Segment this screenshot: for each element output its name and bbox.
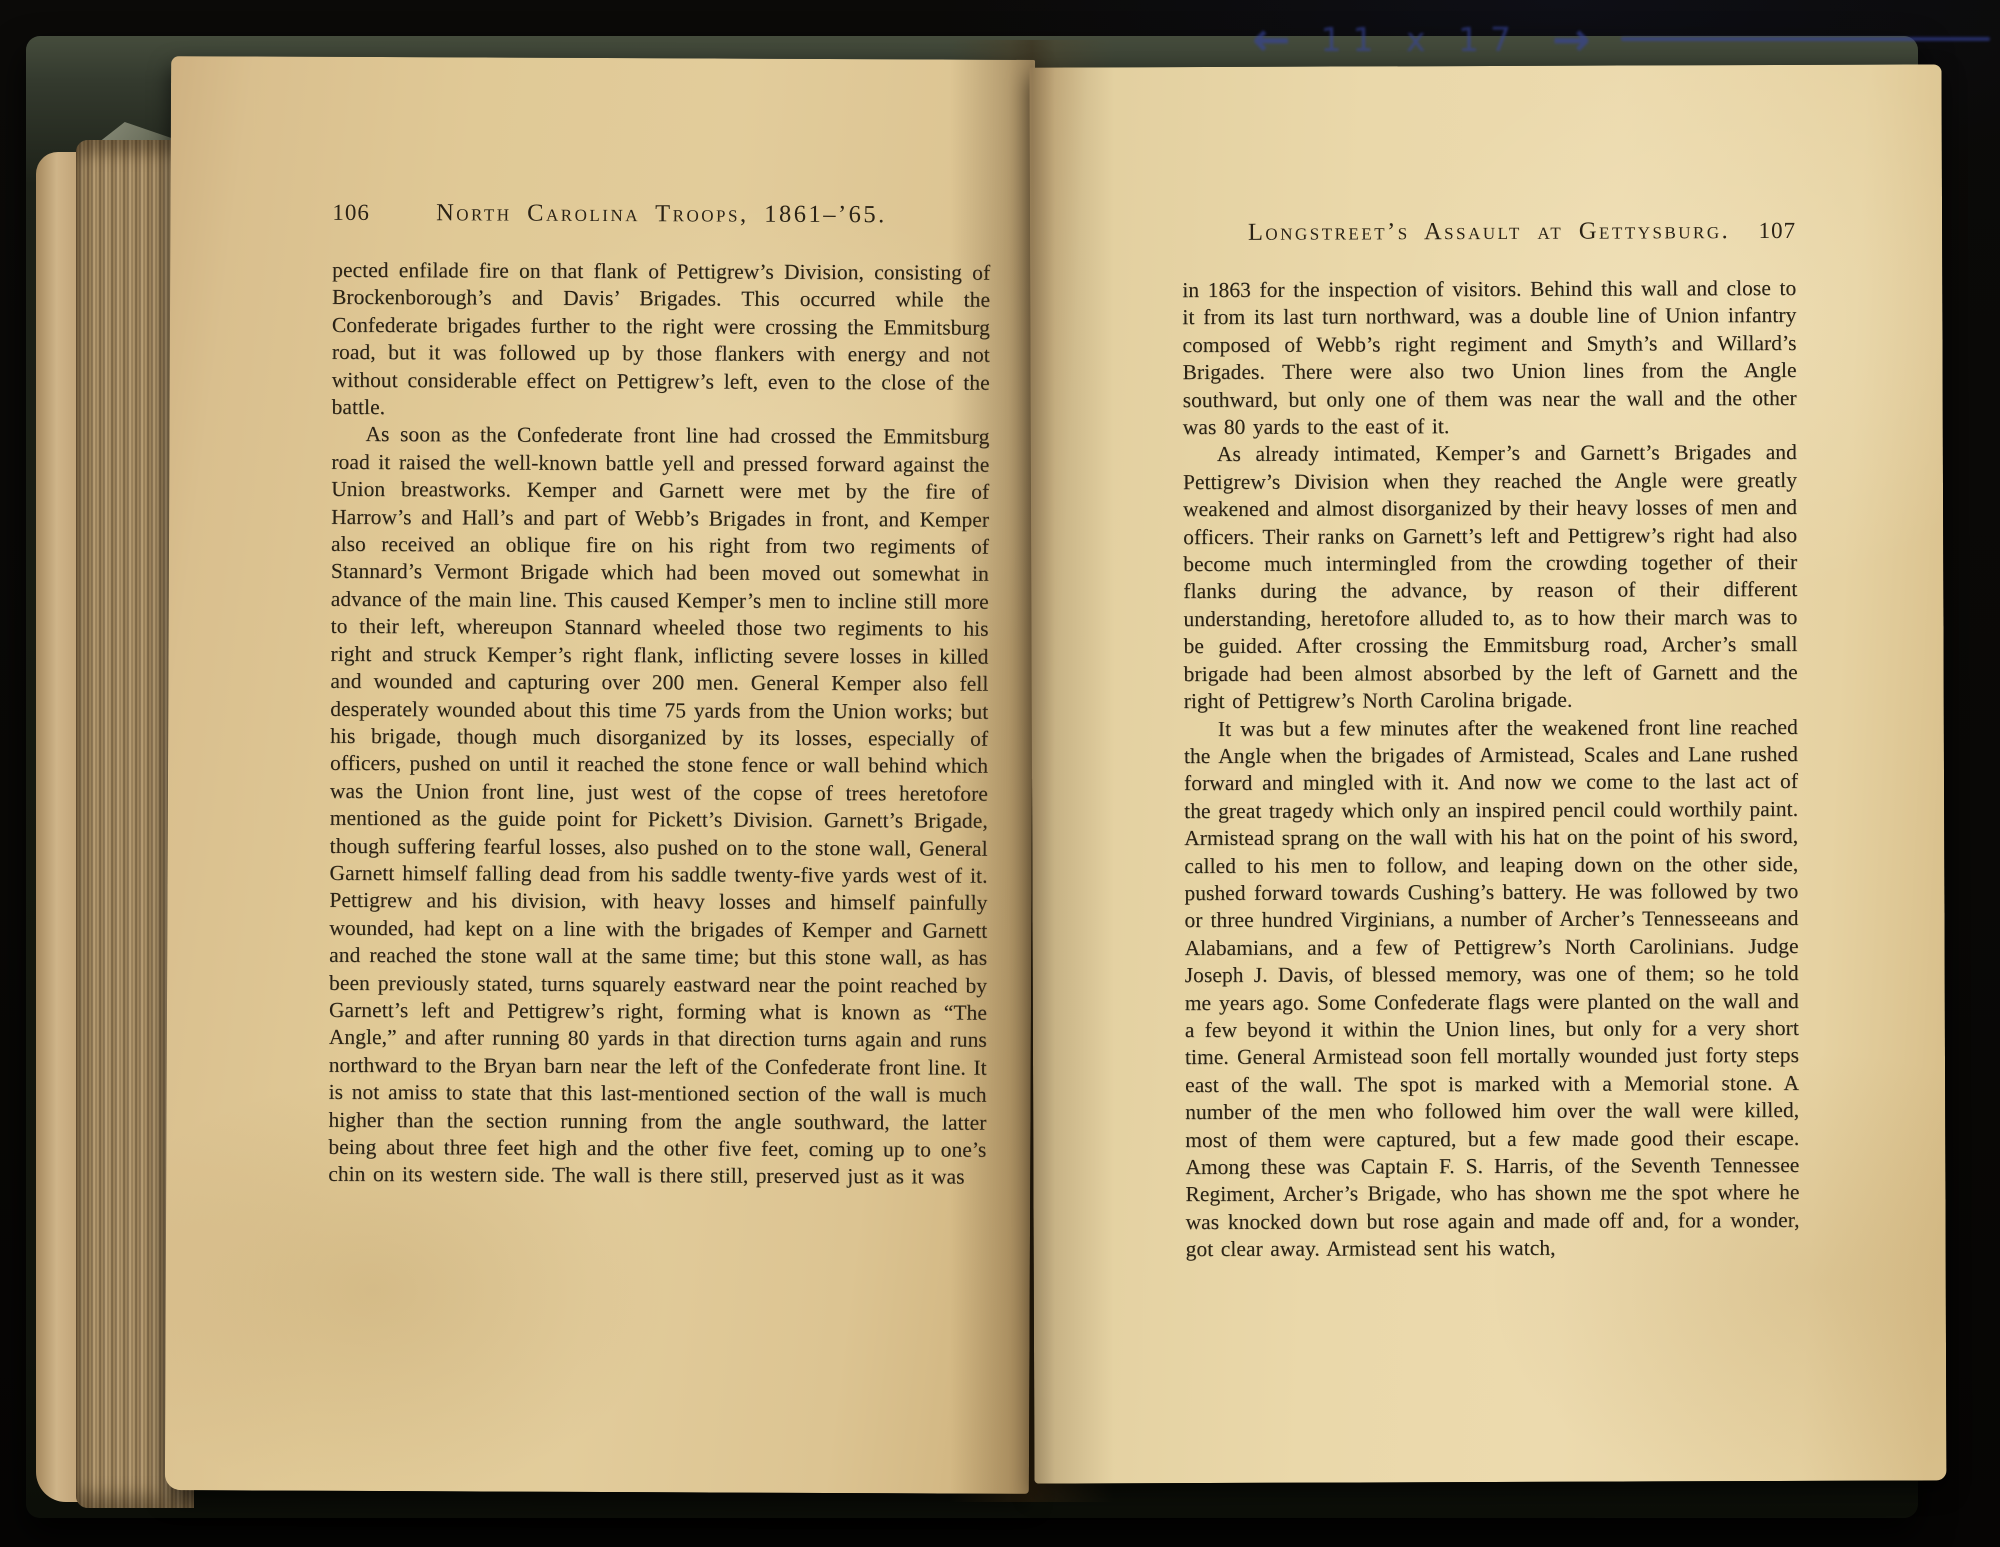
right-page: Longstreet’s Assault at Gettysburg. 107 … bbox=[1030, 64, 1947, 1483]
right-running-title: Longstreet’s Assault at Gettysburg. bbox=[1248, 217, 1730, 246]
page-paragraph: in 1863 for the inspection of visitors. … bbox=[1182, 275, 1797, 442]
left-arrow-icon: ← bbox=[1252, 16, 1291, 62]
right-page-content: Longstreet’s Assault at Gettysburg. 107 … bbox=[1030, 64, 1946, 1264]
annotation-line bbox=[1621, 37, 1990, 41]
right-page-number: 107 bbox=[1759, 218, 1797, 244]
left-page-number: 106 bbox=[332, 200, 370, 226]
size-annotation: ← 11 x 17 → bbox=[1252, 12, 1996, 66]
right-arrow-icon: → bbox=[1552, 16, 1591, 62]
page-paragraph: As soon as the Confederate front line ha… bbox=[328, 421, 989, 1191]
size-annotation-text: 11 x 17 bbox=[1321, 20, 1523, 59]
left-page: 106 North Carolina Troops, 1861–’65. pec… bbox=[165, 56, 1035, 1494]
photo-background: ← 11 x 17 → 106 North Carolina Troops, 1… bbox=[0, 0, 2000, 1547]
left-running-head: 106 North Carolina Troops, 1861–’65. bbox=[332, 199, 990, 230]
left-running-title: North Carolina Troops, 1861–’65. bbox=[436, 199, 887, 228]
page-paragraph: As already intimated, Kemper’s and Garne… bbox=[1183, 439, 1798, 715]
right-running-head: Longstreet’s Assault at Gettysburg. 107 bbox=[1182, 217, 1796, 247]
page-paragraph: It was but a few minutes after the weake… bbox=[1184, 713, 1800, 1263]
left-page-content: 106 North Carolina Troops, 1861–’65. pec… bbox=[166, 56, 1035, 1192]
page-paragraph: pected enfilade fire on that flank of Pe… bbox=[332, 257, 991, 424]
